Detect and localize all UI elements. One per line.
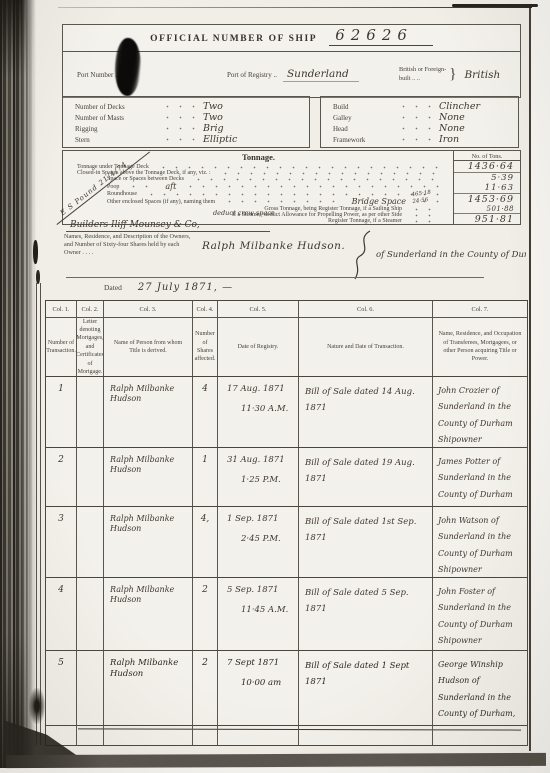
tonnage-values: 1436·645·3911·631453·69501·88951·81 [454, 161, 520, 225]
empty-cell [104, 726, 193, 745]
particular-label: Number of Decks [75, 103, 153, 111]
ink-smudge [29, 688, 45, 724]
hull-particulars: Number of DecksTwoNumber of MastsTwoRigg… [62, 96, 519, 148]
built-brace: } [449, 66, 456, 83]
tonnage-label: Register Tonnage, if a Steamer [328, 218, 402, 224]
title-from-cell: Ralph Milbanke Hudson [104, 377, 193, 447]
transaction-nature-cell: Bill of Sale dated 19 Aug. 1871 [299, 448, 433, 506]
table-col-label: Col. 6. [299, 301, 433, 318]
transaction-number-cell: 3 [46, 507, 77, 577]
registry-date: 5 Sep. 1871 [227, 585, 295, 595]
aft-note: aft [165, 182, 176, 191]
title-from-cell: Ralph Milbanke Hudson [104, 448, 193, 506]
particular-label: Head [333, 125, 389, 133]
mortgage-letter-cell [77, 448, 104, 506]
margin-ink-mark [33, 240, 38, 264]
table-row: 3Ralph Milbanke Hudson4,1 Sep. 18712·45 … [46, 507, 527, 578]
page-top-edge-line [58, 7, 532, 8]
particular-row: Number of MastsTwo [75, 112, 301, 123]
registry-date-cell: 17 Aug. 187111·30 A.M. [218, 377, 299, 447]
port-of-registry-cell: Port of Registry .. Sunderland [227, 68, 399, 82]
shares-cell: 2 [193, 651, 218, 725]
mortgage-letter-cell [77, 507, 104, 577]
built-label-line1: British or Foreign- [399, 66, 446, 73]
registry-date-cell: 31 Aug. 18711·25 P.M. [218, 448, 299, 506]
port-number-cell: Port Number .. [63, 52, 227, 97]
particular-row: BuildClincher [333, 101, 510, 112]
table-col-header: Number of Transaction. [46, 318, 77, 376]
particular-value: None [439, 112, 465, 123]
builders-note-text: Builders Iliff Mounsey & Co, [66, 220, 270, 232]
shares-cell: 4 [193, 377, 218, 447]
shares-cell: 2 [193, 578, 218, 650]
port-of-registry-label: Port of Registry .. [227, 71, 277, 79]
partic-left-rows: Number of DecksTwoNumber of MastsTwoRigg… [62, 96, 310, 148]
dotted-leader [145, 192, 444, 196]
dotted-leader [161, 116, 195, 120]
empty-cell [193, 726, 218, 745]
dotted-leader [410, 207, 436, 211]
owner-name: Ralph Milbanke Hudson. [202, 240, 345, 252]
table-col-label: Col. 5. [218, 301, 299, 318]
margin-ink-mark-2 [36, 270, 40, 284]
built-label-line2: built .. .. [399, 75, 420, 82]
dotted-leader [157, 165, 444, 169]
built-label: British or Foreign- built .. .. [399, 66, 446, 83]
transaction-nature-cell: Bill of Sale dated 1 Sept 1871 [299, 651, 433, 725]
registry-date: 31 Aug. 1871 [227, 455, 295, 465]
page-top-right-edge [452, 4, 538, 7]
table-col-labels: Col. 1.Col. 2.Col. 3.Col. 4.Col. 5.Col. … [46, 301, 527, 318]
title-from-cell: Ralph Milbanke Hudson [104, 651, 193, 725]
dotted-leader [184, 185, 444, 189]
bridge-space-note: Bridge Space [352, 197, 406, 206]
builders-note: Builders Iliff Mounsey & Co, [66, 220, 270, 230]
acquirer-cell: John Crozier of Sunderland in the County… [433, 377, 527, 447]
particular-label: Rigging [75, 125, 153, 133]
owners-label: Names, Residence, and Description of the… [64, 233, 192, 257]
tonnage-value: 501·88 [454, 205, 520, 214]
scanned-ship-register-page: OFFICIAL NUMBER OF SHIP 62626 Port Numbe… [0, 0, 550, 773]
partic-right-rows: BuildClincherGalleyNoneHeadNoneFramework… [320, 96, 519, 148]
dotted-leader [161, 138, 195, 142]
particular-value: Two [203, 112, 223, 123]
particular-value: Elliptic [203, 134, 237, 145]
registry-time: 11·30 A.M. [241, 404, 295, 414]
transactions-table: Col. 1.Col. 2.Col. 3.Col. 4.Col. 5.Col. … [45, 300, 528, 746]
registry-time: 2·45 P.M. [241, 534, 295, 544]
dotted-leader [410, 213, 436, 217]
book-binding-edge [0, 0, 36, 773]
acquirer-cell: James Potter of Sunderland in the County… [433, 448, 527, 506]
transaction-number-cell: 2 [46, 448, 77, 506]
transaction-number-cell: 1 [46, 377, 77, 447]
registry-time: 1·25 P.M. [241, 475, 295, 485]
scan-bottom-edge [6, 753, 546, 768]
dotted-leader [397, 127, 431, 131]
transaction-nature-cell: Bill of Sale dated 5 Sep. 1871 [299, 578, 433, 650]
table-col-header: Letter denoting Mortgages, and Certifica… [77, 318, 104, 376]
dotted-leader [410, 219, 436, 223]
owners-section: Names, Residence, and Description of the… [64, 233, 544, 277]
mortgage-letter-cell [77, 578, 104, 650]
mortgage-letter-cell [77, 377, 104, 447]
particular-value: Two [203, 101, 223, 112]
particular-value: None [439, 123, 465, 134]
particular-label: Galley [333, 114, 389, 122]
owner-brace-flourish [350, 229, 374, 281]
table-col-header: Name, Residence, and Occupation of Trans… [433, 318, 527, 376]
particular-value: Iron [439, 134, 459, 145]
dotted-leader [161, 105, 195, 109]
particular-label: Framework [333, 136, 389, 144]
table-col-label: Col. 1. [46, 301, 77, 318]
transaction-nature-cell: Bill of Sale dated 1st Sep. 1871 [299, 507, 433, 577]
registry-date-cell: 5 Sep. 187111·45 A.M. [218, 578, 299, 650]
dotted-leader [219, 171, 444, 175]
empty-cell [77, 726, 104, 745]
dotted-leader [397, 105, 431, 109]
tonnage-value: 1436·64 [454, 161, 520, 173]
table-col-label: Col. 3. [104, 301, 193, 318]
tonnage-value: 951·81 [454, 214, 520, 225]
transaction-number-cell: 5 [46, 651, 77, 725]
table-row: 4Ralph Milbanke Hudson25 Sep. 187111·45 … [46, 578, 527, 651]
transaction-nature-cell: Bill of Sale dated 14 Aug. 1871 [299, 377, 433, 447]
table-col-label: Col. 4. [193, 301, 218, 318]
shares-cell: 4, [193, 507, 218, 577]
particular-row: HeadNone [333, 123, 510, 134]
registry-date-cell: 1 Sep. 18712·45 P.M. [218, 507, 299, 577]
particular-value: Clincher [439, 101, 480, 112]
owner-residence: of Sunderland in the County of Durham, S… [376, 250, 526, 260]
deduct-crew-space-note: deduct crew space [213, 209, 275, 217]
empty-cell [433, 726, 527, 745]
acquirer-cell: John Foster of Sunderland in the County … [433, 578, 527, 650]
acquirer-cell: George Winship Hudson of Sunderland in t… [433, 651, 527, 725]
acquirer-cell: John Watson of Sunderland in the County … [433, 507, 527, 577]
title-from-cell: Ralph Milbanke Hudson [104, 578, 193, 650]
dotted-leader [127, 185, 153, 189]
dotted-leader [223, 200, 339, 204]
dotted-leader [161, 127, 195, 131]
table-col-header: Name of Person from whom Title is derive… [104, 318, 193, 376]
built-value: British [464, 69, 500, 81]
dated-line: Dated 27 July 1871, — [104, 282, 233, 293]
page-bottom-margin [0, 768, 550, 773]
tonnage-value: 5·39 [454, 173, 520, 183]
particular-label: Number of Masts [75, 114, 153, 122]
no-of-tons-column: No. of Tons. 1436·645·3911·631453·69501·… [453, 151, 520, 224]
empty-cell [299, 726, 433, 745]
dated-label: Dated [104, 283, 122, 292]
built-cell: British or Foreign- built .. .. } Britis… [399, 66, 520, 83]
particular-row: Number of DecksTwo [75, 101, 301, 112]
tonnage-value: 11·63 [454, 183, 520, 194]
table-col-headers: Number of Transaction.Letter denoting Mo… [46, 318, 527, 377]
registry-date-cell: 7 Sept 187110·00 am [218, 651, 299, 725]
table-row: 1Ralph Milbanke Hudson417 Aug. 187111·30… [46, 377, 527, 448]
particular-row: SternElliptic [75, 134, 301, 145]
dated-value: 27 July 1871, — [138, 282, 233, 293]
table-row: 2Ralph Milbanke Hudson131 Aug. 18711·25 … [46, 448, 527, 507]
page-right-margin [531, 0, 550, 773]
dotted-leader [397, 138, 431, 142]
tonnage-row: Poopaft [63, 182, 452, 191]
dotted-leader [397, 116, 431, 120]
official-number-title: OFFICIAL NUMBER OF SHIP [150, 34, 317, 44]
particular-row: GalleyNone [333, 112, 510, 123]
empty-cell [218, 726, 299, 745]
dotted-leader [192, 177, 444, 181]
tonnage-label: Other enclosed Spaces (if any), naming t… [107, 199, 215, 205]
mortgage-letter-cell [77, 651, 104, 725]
registry-date: 7 Sept 1871 [227, 658, 295, 668]
page-right-edge-line [529, 8, 531, 751]
table-col-header: Nature and Date of Transaction. [299, 318, 433, 376]
owners-underline [66, 277, 484, 278]
port-of-registry-value: Sunderland [283, 68, 359, 82]
transaction-number-cell: 4 [46, 578, 77, 650]
particular-label: Stern [75, 136, 153, 144]
registry-time: 10·00 am [241, 678, 295, 688]
particular-row: RiggingBrig [75, 123, 301, 134]
table-col-header: Date of Registry. [218, 318, 299, 376]
table-col-header: Number of Shares affected. [193, 318, 218, 376]
registry-date: 1 Sep. 1871 [227, 514, 295, 524]
particular-row: FrameworkIron [333, 134, 510, 145]
no-of-tons-header: No. of Tons. [454, 151, 520, 161]
registry-time: 11·45 A.M. [241, 605, 295, 615]
tonnage-value: 1453·69 [454, 194, 520, 205]
tonnage-row: Other enclosed Spaces (if any), naming t… [63, 197, 452, 206]
table-row: 5Ralph Milbanke Hudson27 Sept 187110·00 … [46, 651, 527, 726]
port-number-label: Port Number .. [77, 71, 119, 79]
table-empty-row [46, 726, 527, 745]
particular-label: Build [333, 103, 389, 111]
table-col-label: Col. 7. [433, 301, 527, 318]
table-col-label: Col. 2. [77, 301, 104, 318]
registry-date: 17 Aug. 1871 [227, 384, 295, 394]
ship-number-value: 62626 [329, 26, 433, 46]
title-from-cell: Ralph Milbanke Hudson [104, 507, 193, 577]
shares-cell: 1 [193, 448, 218, 506]
table-body: 1Ralph Milbanke Hudson417 Aug. 187111·30… [46, 377, 527, 726]
registry-row: Port Number .. Port of Registry .. Sunde… [62, 51, 521, 98]
particular-value: Brig [203, 123, 224, 134]
